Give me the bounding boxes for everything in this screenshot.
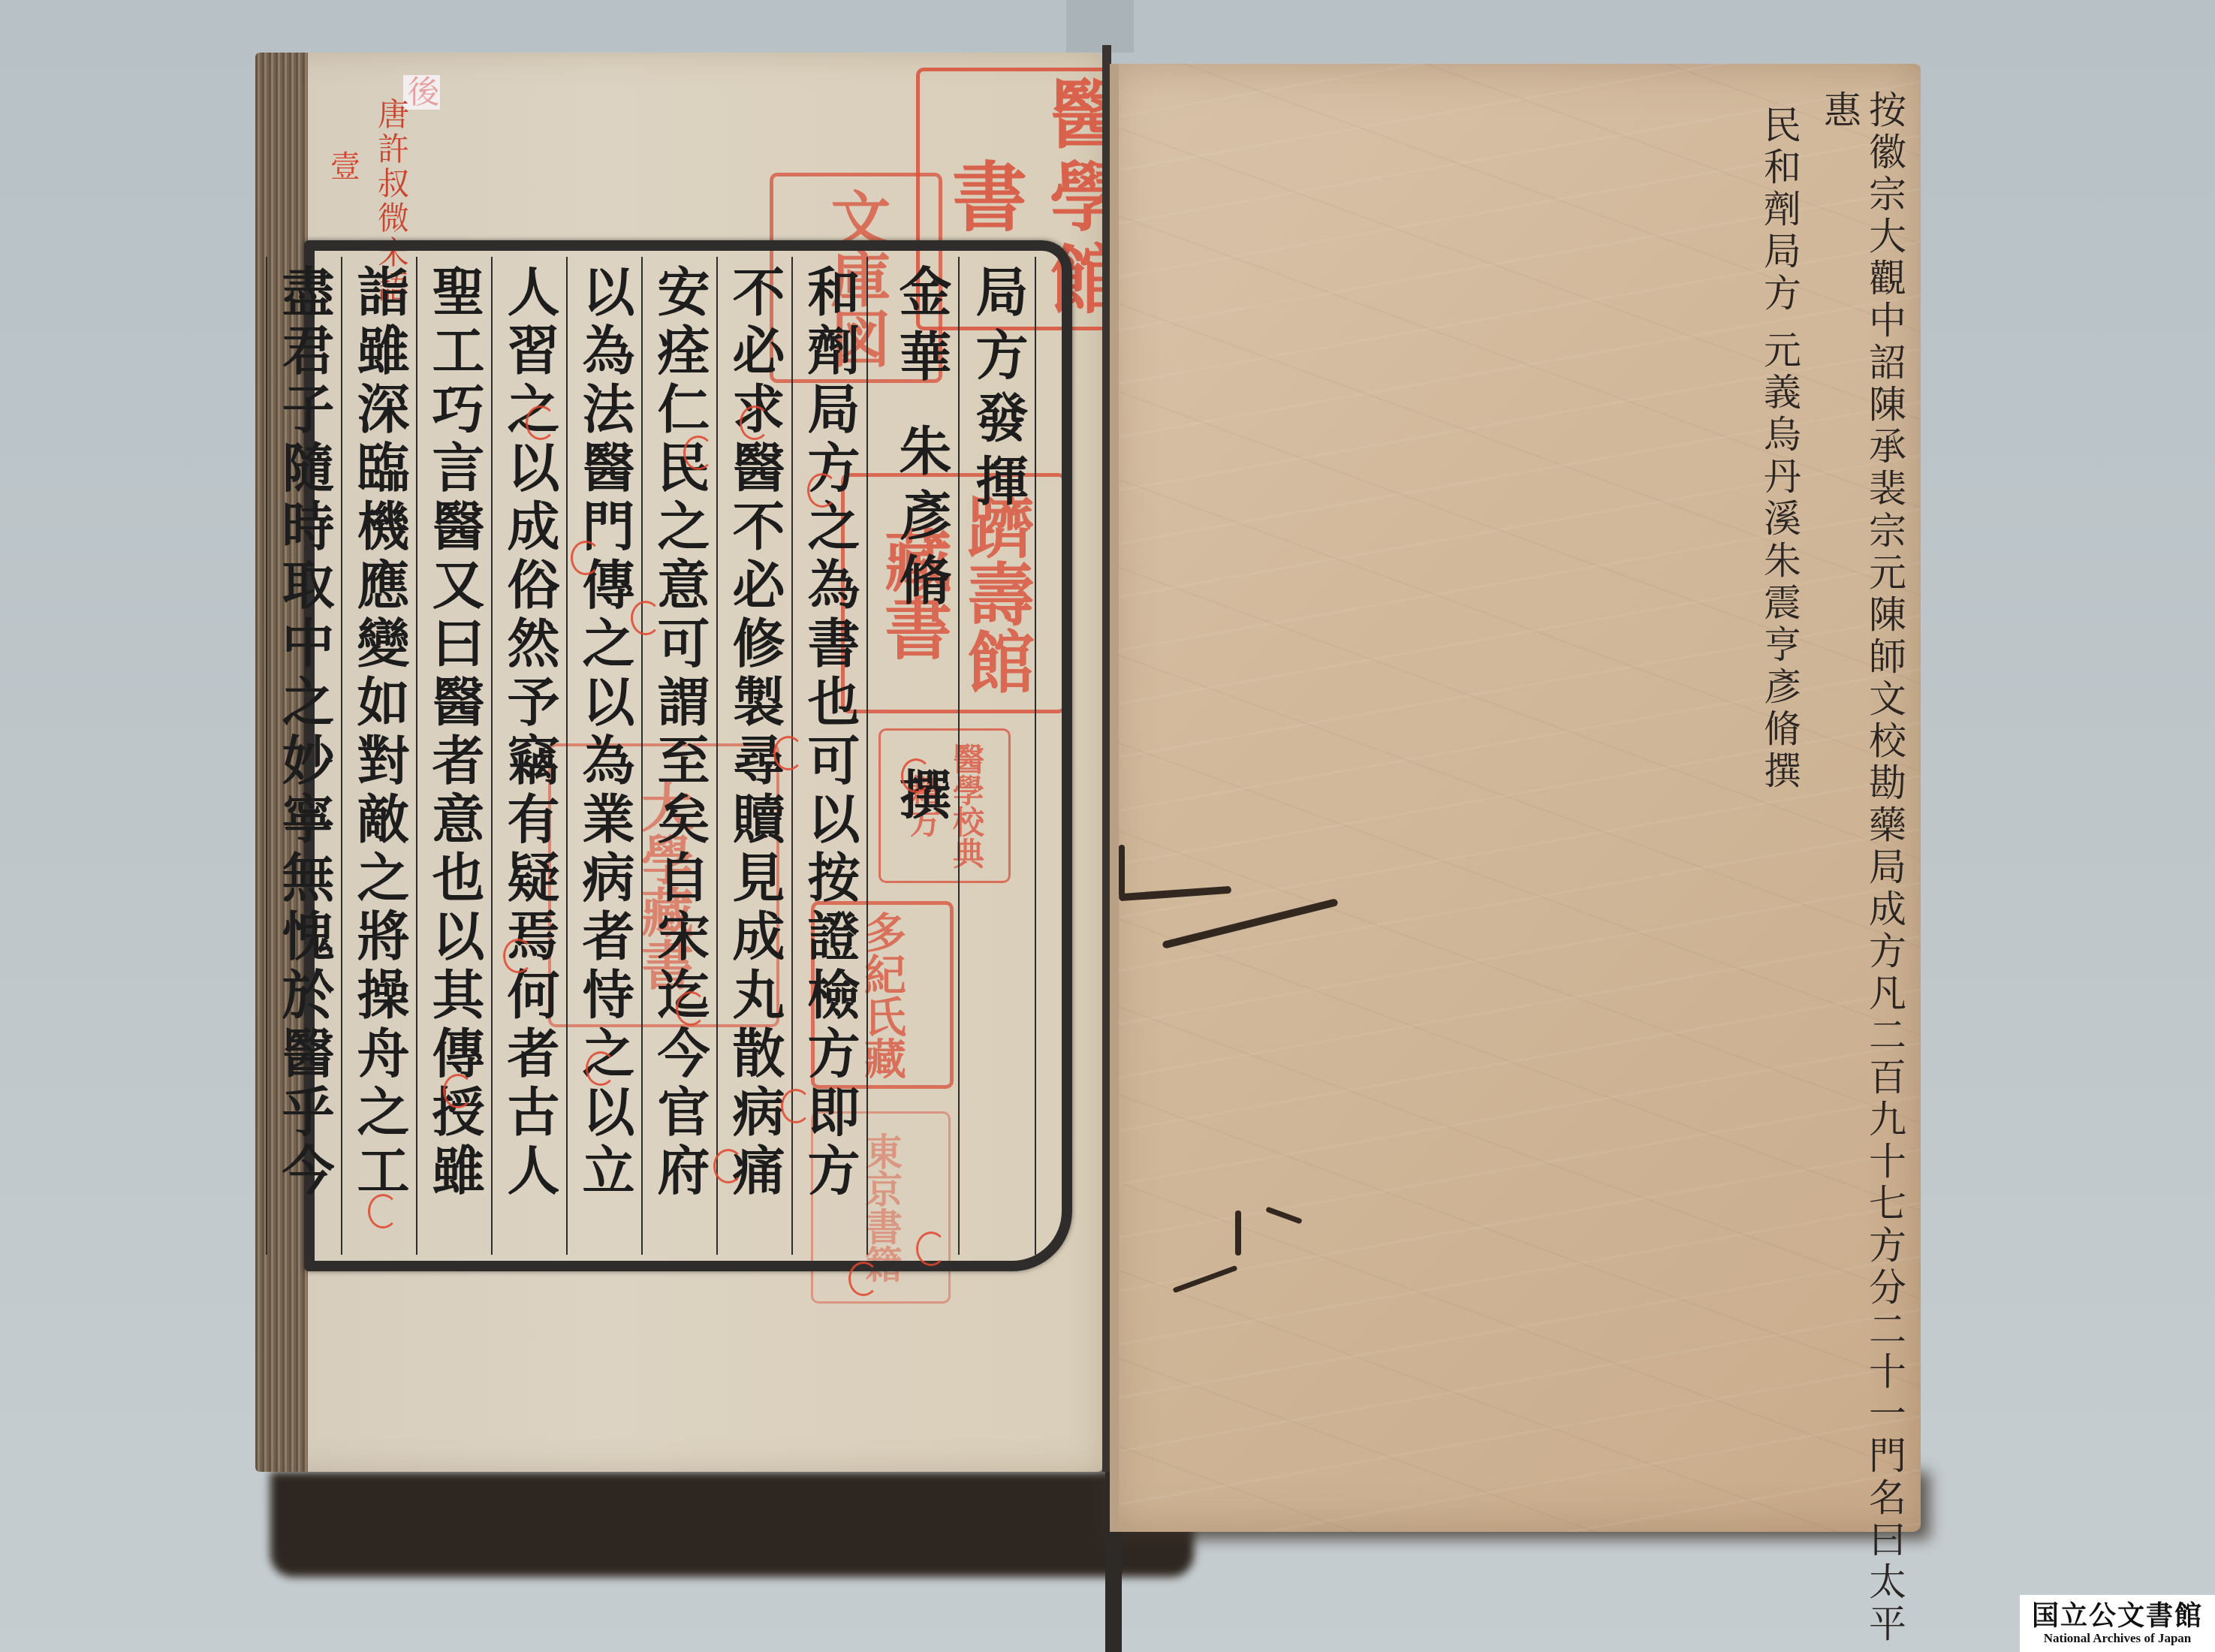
punctuation-circle — [773, 736, 803, 770]
column-margin — [1035, 257, 1056, 1255]
punctuation-circle — [740, 405, 770, 440]
folio-mark: 壹 — [330, 143, 360, 185]
body-column-5: 人習之以成俗然予竊有疑焉何者古人以神 — [491, 257, 566, 1255]
body-column-7: 詣雖深臨機應變如對敵之將操舟之工自非 — [341, 257, 416, 1255]
gutter-strip — [1110, 64, 1119, 1532]
punctuation-circle — [503, 939, 533, 973]
author-place: 金華 — [891, 264, 953, 393]
punctuation-circle — [368, 1194, 398, 1228]
archives-logo: 国立公文書館 National Archives of Japan — [2020, 1595, 2215, 1652]
background-shadow — [1066, 0, 1134, 53]
handwritten-column-2: 民和劑局方 — [1757, 105, 1802, 315]
wormhole-damage — [1235, 1210, 1241, 1256]
author-name: 朱彥脩 — [891, 424, 953, 617]
red-annotation: 後 — [405, 75, 437, 110]
punctuation-circle — [631, 601, 661, 635]
logo-english: National Archives of Japan — [2044, 1631, 2192, 1646]
punctuation-circle — [586, 1051, 616, 1086]
handwritten-column-3: 元義烏丹溪朱震亨彥脩撰 — [1757, 330, 1802, 793]
woodblock-frame: 局方發揮 金華朱彥脩撰 和劑局方之為書也可以按證檢方即方用藥 不必求醫不必修製尋… — [304, 240, 1072, 1271]
punctuation-circle — [916, 1231, 946, 1266]
body-column-8: 盡君子隨時取中之妙寧無愧於醫乎今乃集 — [266, 257, 341, 1255]
punctuation-circle — [683, 436, 713, 470]
punctuation-circle — [848, 1262, 878, 1296]
logo-japanese: 国立公文書館 — [2032, 1601, 2203, 1631]
body-column-4: 以為法醫門傳之以為業病者恃之以立命世 — [566, 257, 641, 1255]
text-columns: 局方發揮 金華朱彥脩撰 和劑局方之為書也可以按證檢方即方用藥 不必求醫不必修製尋… — [322, 257, 1056, 1255]
left-page: 壹 後 唐許叔微宋語 醫學館書 文庫図 躋壽館藏書 醫學校典籍方 多紀氏藏 東京… — [255, 53, 1102, 1472]
title-column: 局方發揮 — [958, 257, 1035, 1255]
body-column-3: 安痊仁民之意可謂至矣自宋迄今官府守之 — [641, 257, 716, 1255]
book-shadow-left — [270, 1472, 1194, 1577]
punctuation-circle — [443, 1074, 473, 1108]
punctuation-circle — [571, 541, 601, 575]
punctuation-circle — [713, 1149, 743, 1183]
handwritten-column-1: 按徽宗大觀中詔陳承裴宗元陳師文校勘藥局成方凡二百九十七方分二十一門名曰太平惠 — [1817, 90, 1907, 1652]
punctuation-circle — [676, 991, 706, 1026]
punctuation-circle — [781, 1089, 811, 1123]
punctuation-circle — [901, 758, 931, 793]
author-column: 金華朱彥脩撰 — [866, 257, 958, 1255]
wormhole-damage — [1119, 845, 1125, 897]
punctuation-circle — [526, 405, 556, 440]
punctuation-circle — [807, 473, 837, 508]
